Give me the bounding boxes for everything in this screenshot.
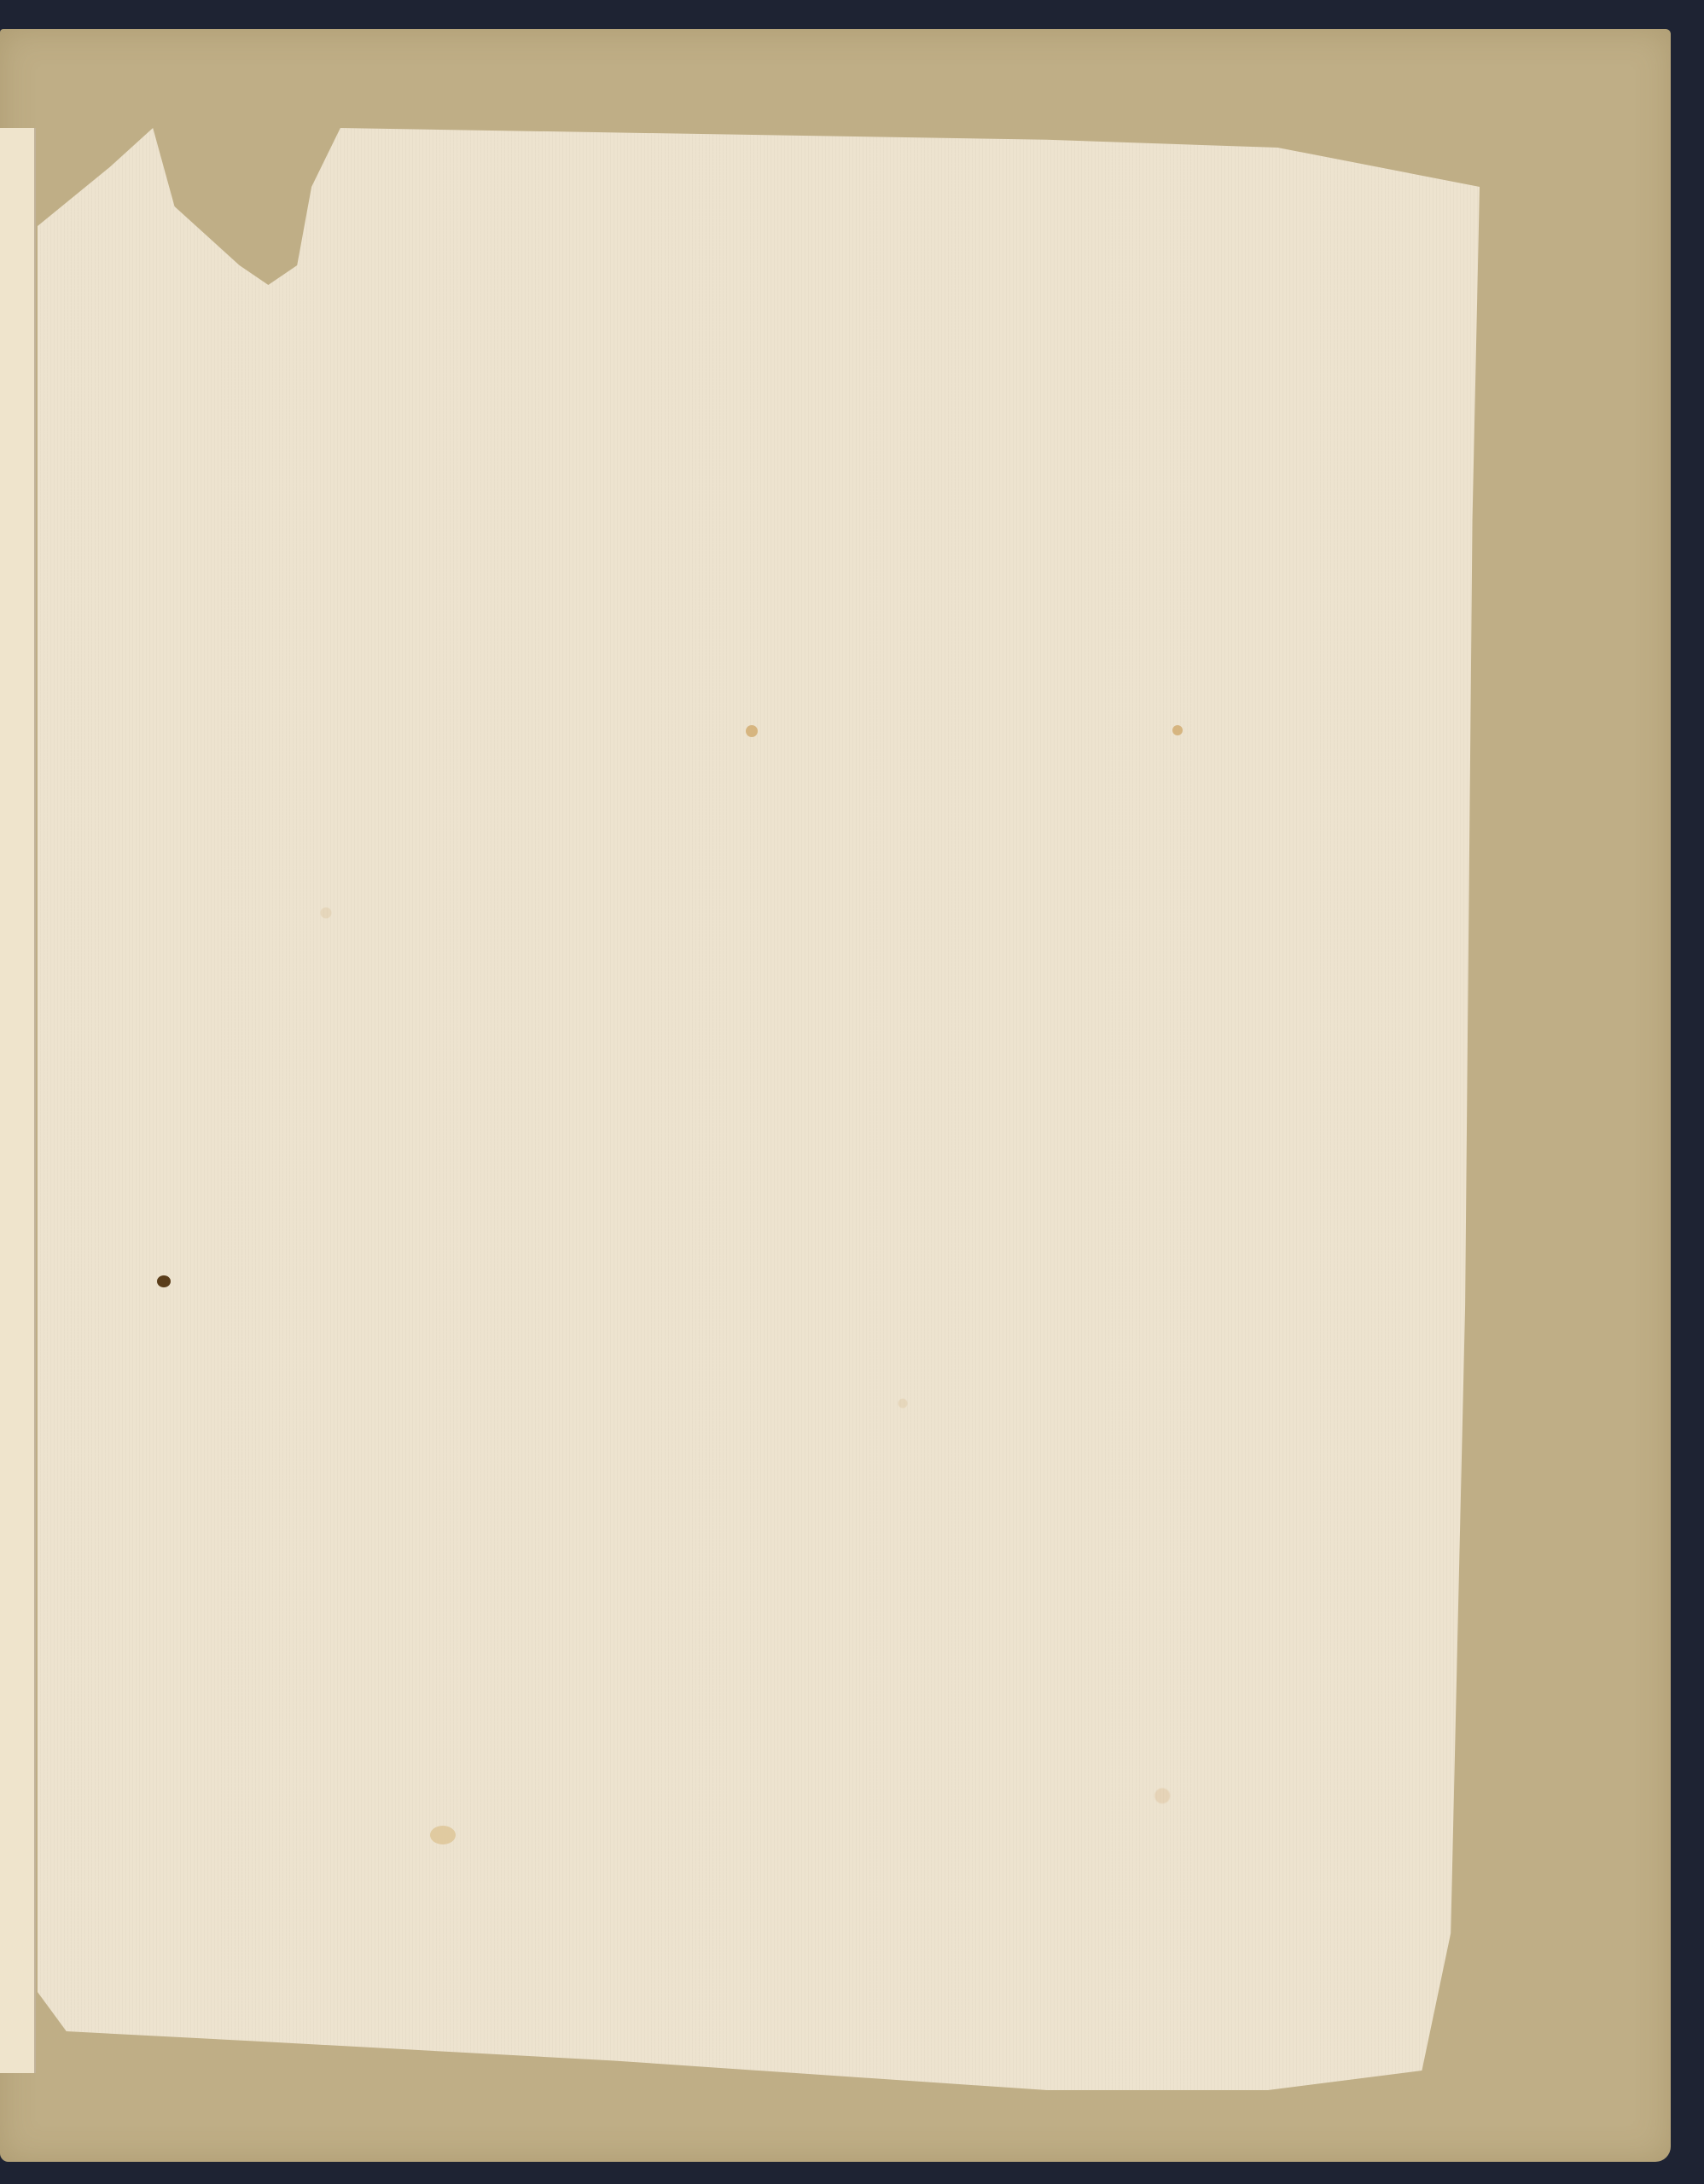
binding-gutter-strip — [0, 128, 36, 2073]
foxing-spot — [746, 725, 758, 737]
ink-spot — [157, 1275, 171, 1287]
foxing-spot — [1172, 725, 1183, 735]
foxing-spot — [430, 1826, 456, 1844]
blank-aged-paper-leaf — [38, 128, 1480, 2090]
